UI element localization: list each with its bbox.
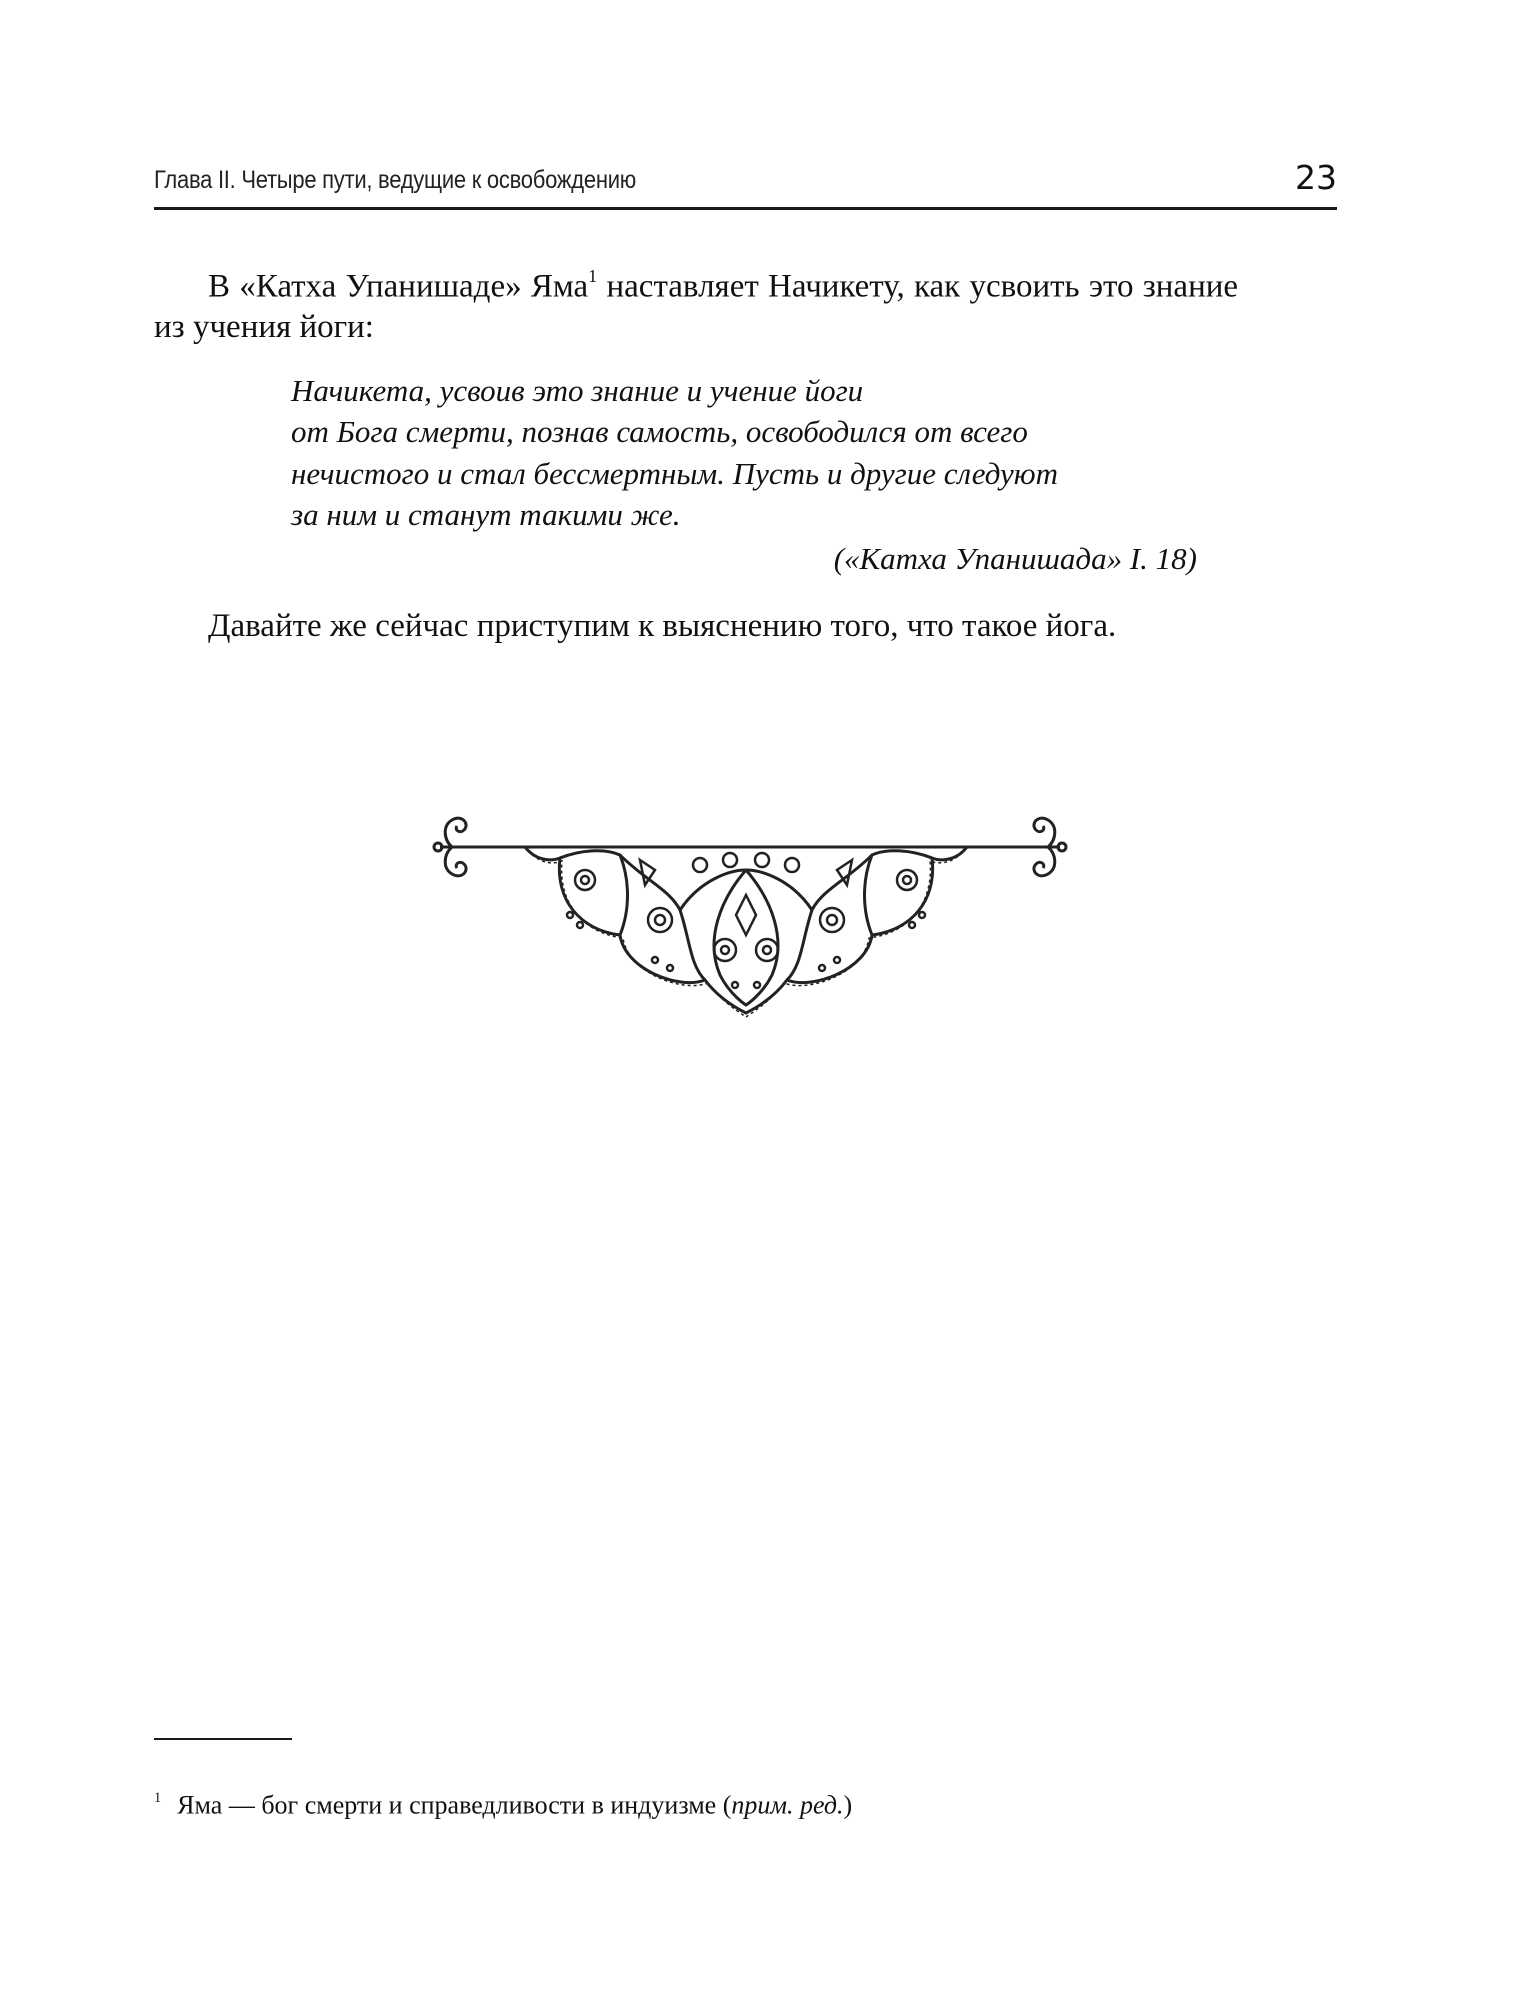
footnote-rule xyxy=(154,1738,292,1740)
footnote-mark: 1 xyxy=(154,1790,161,1806)
quote-citation: («Катха Упанишада» I. 18) xyxy=(834,541,1197,577)
paragraph-2: Давайте же сейчас приступим к выяснению … xyxy=(208,608,1116,645)
quote-line: за ним и станут такими же. xyxy=(291,497,681,533)
footnote-editor-note: прим. ред. xyxy=(731,1790,843,1819)
running-head-title: Глава II. Четыре пути, ведущие к освобож… xyxy=(154,166,636,195)
header-rule xyxy=(154,207,1337,210)
text: наставляет Начикету, как усвоить это зна… xyxy=(597,269,1238,305)
footnote-text: Яма — бог смерти и справедливости в инду… xyxy=(177,1790,731,1819)
page-number: 23 xyxy=(1295,158,1337,197)
footnote-reference[interactable]: 1 xyxy=(588,266,597,286)
text: В «Катха Упанишаде» Яма xyxy=(208,269,588,305)
paragraph-1-line-2: из учения йоги: xyxy=(154,309,374,346)
mandala-divider-icon xyxy=(430,800,1070,1020)
quote-line: нечистого и стал бессмертным. Пусть и др… xyxy=(291,456,1058,492)
paragraph-1-line-1: В «Катха Упанишаде» Яма1 наставляет Начи… xyxy=(208,266,1238,306)
footnote: 1Яма — бог смерти и справедливости в инд… xyxy=(154,1790,852,1820)
quote-line: от Бога смерти, познав самость, освободи… xyxy=(291,414,1028,450)
footnote-close: ) xyxy=(844,1790,853,1819)
quote-line: Начикета, усвоив это знание и учение йог… xyxy=(291,373,863,409)
